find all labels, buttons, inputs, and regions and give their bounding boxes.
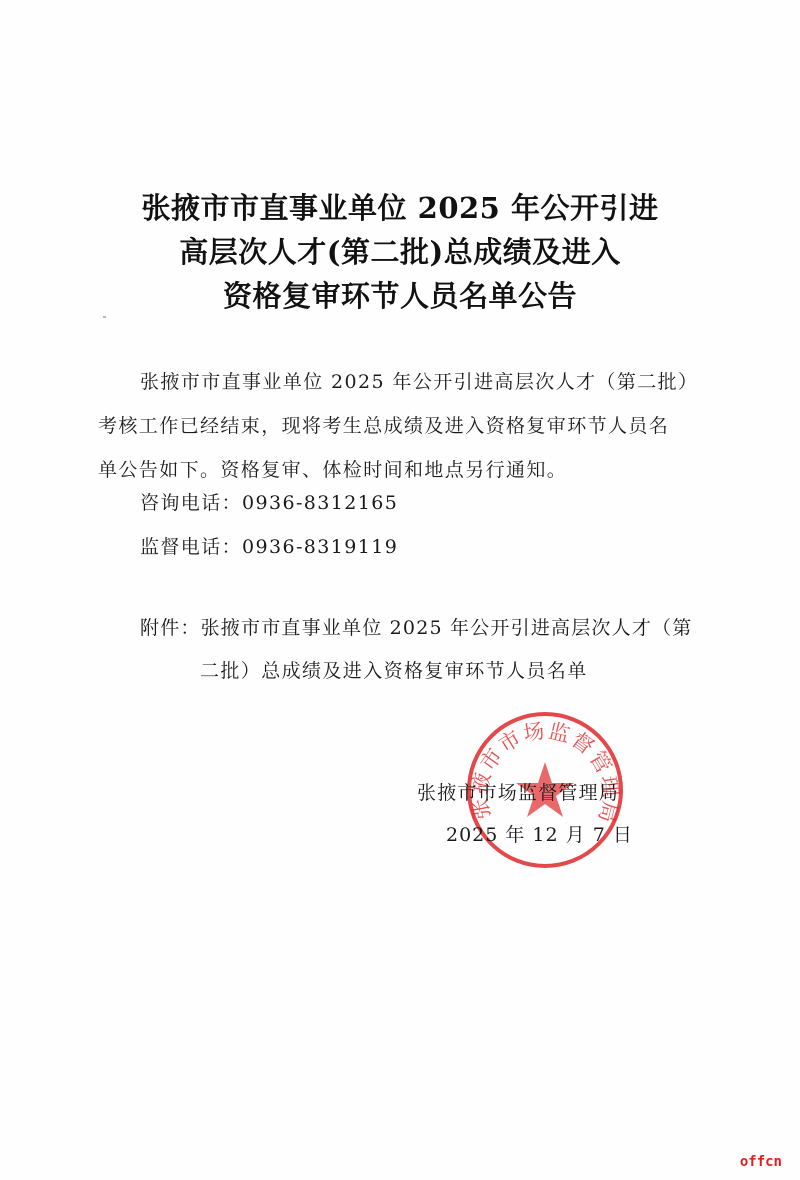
body-line-2: 考核工作已经结束，现将考生总成绩及进入资格复审环节人员名 bbox=[98, 404, 718, 448]
supervision-phone: 监督电话：0936-8319119 bbox=[140, 532, 398, 559]
body-paragraph: 张掖市市直事业单位 2025 年公开引进高层次人才（第二批） 考核工作已经结束，… bbox=[98, 360, 718, 492]
document-page: 张掖市市直事业单位 2025 年公开引进 高层次人才(第二批)总成绩及进入 资格… bbox=[0, 0, 800, 1180]
title-line-1: 张掖市市直事业单位 2025 年公开引进 bbox=[0, 186, 800, 230]
document-title: 张掖市市直事业单位 2025 年公开引进 高层次人才(第二批)总成绩及进入 资格… bbox=[0, 186, 800, 318]
attachment-line-2: 二批）总成绩及进入资格复审环节人员名单 bbox=[200, 656, 588, 683]
svg-text:张掖市市场监督管理局: 张掖市市场监督管理局 bbox=[467, 718, 623, 827]
inquiry-phone: 咨询电话：0936-8312165 bbox=[140, 488, 398, 515]
body-line-1: 张掖市市直事业单位 2025 年公开引进高层次人才（第二批） bbox=[98, 360, 718, 404]
seal-text: 张掖市市场监督管理局 bbox=[467, 718, 623, 827]
watermark-logo: offcn bbox=[740, 1154, 782, 1170]
title-line-3: 资格复审环节人员名单公告 bbox=[0, 274, 800, 318]
body-line-3: 单公告如下。资格复审、体检时间和地点另行通知。 bbox=[98, 448, 718, 492]
issue-date: 2025 年 12 月 7 日 bbox=[446, 820, 633, 847]
attachment-line-1: 附件：张掖市市直事业单位 2025 年公开引进高层次人才（第 bbox=[140, 613, 692, 640]
title-line-2: 高层次人才(第二批)总成绩及进入 bbox=[0, 230, 800, 274]
issuer-name: 张掖市市场监督管理局 bbox=[417, 778, 619, 805]
